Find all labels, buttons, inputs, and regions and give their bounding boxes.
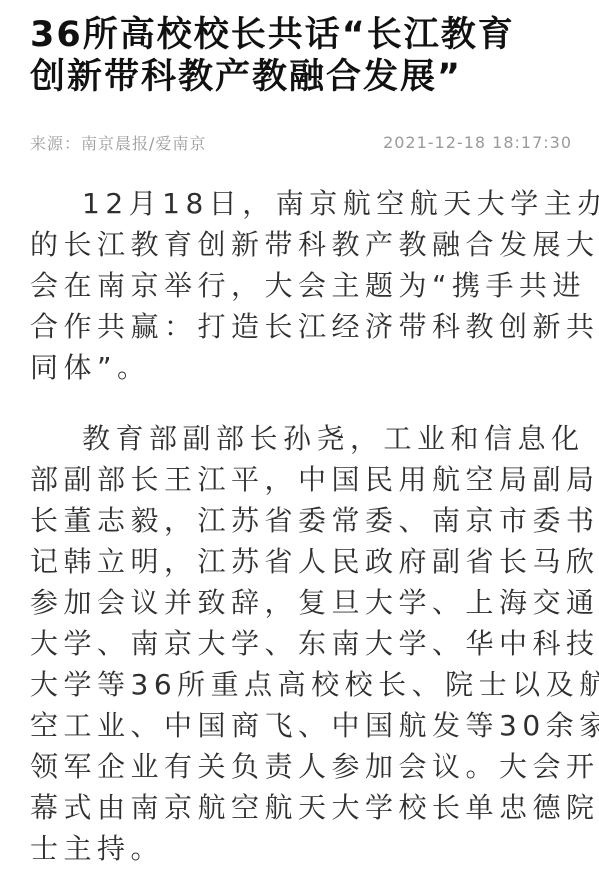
- source-info: 来源： 南京晨报/爱南京: [30, 131, 206, 154]
- article: 36所高校校长共话“长江教育 创新带科教产教融合发展” 来源： 南京晨报/爱南京…: [0, 0, 599, 894]
- paragraph: 12月18日，南京航空航天大学主办 的长江教育创新带科教产教融合发展大 会在南京…: [30, 183, 572, 388]
- paragraph: 教育部副部长孙尧，工业和信息化 部副部长王江平，中国民用航空局副局 长董志毅，江…: [30, 418, 572, 869]
- article-body: 12月18日，南京航空航天大学主办 的长江教育创新带科教产教融合发展大 会在南京…: [30, 183, 572, 869]
- article-title-line: 创新带科教产教融合发展”: [30, 56, 550, 98]
- paragraph-line: 合作共赢：打造长江经济带科教创新共: [30, 306, 572, 347]
- paragraph-line: 大学、南京大学、东南大学、华中科技: [30, 623, 572, 664]
- paragraph-line: 会在南京举行，大会主题为“携手共进: [30, 265, 572, 306]
- paragraph-line: 12月18日，南京航空航天大学主办: [30, 183, 572, 224]
- article-title: 36所高校校长共话“长江教育 创新带科教产教融合发展”: [30, 0, 550, 98]
- article-title-line: 36所高校校长共话“长江教育: [30, 14, 550, 56]
- paragraph-line: 士主持。: [30, 828, 572, 869]
- source-name: 南京晨报/爱南京: [81, 131, 206, 154]
- article-meta: 来源： 南京晨报/爱南京 2021-12-18 18:17:30: [30, 128, 572, 156]
- paragraph-line: 的长江教育创新带科教产教融合发展大: [30, 224, 572, 265]
- paragraph-line: 长董志毅，江苏省委常委、南京市委书: [30, 500, 572, 541]
- paragraph-line: 记韩立明，江苏省人民政府副省长马欣: [30, 541, 572, 582]
- paragraph-line: 幕式由南京航空航天大学校长单忠德院: [30, 787, 572, 828]
- paragraph-line: 空工业、中国商飞、中国航发等30余家: [30, 705, 572, 746]
- paragraph-line: 同体”。: [30, 347, 572, 388]
- source-label: 来源：: [30, 131, 81, 154]
- paragraph-line: 大学等36所重点高校校长、院士以及航: [30, 664, 572, 705]
- paragraph-line: 部副部长王江平，中国民用航空局副局: [30, 459, 572, 500]
- paragraph-line: 教育部副部长孙尧，工业和信息化: [30, 418, 572, 459]
- paragraph-line: 参加会议并致辞，复旦大学、上海交通: [30, 582, 572, 623]
- paragraph-line: 领军企业有关负责人参加会议。大会开: [30, 746, 572, 787]
- publish-datetime: 2021-12-18 18:17:30: [383, 133, 572, 152]
